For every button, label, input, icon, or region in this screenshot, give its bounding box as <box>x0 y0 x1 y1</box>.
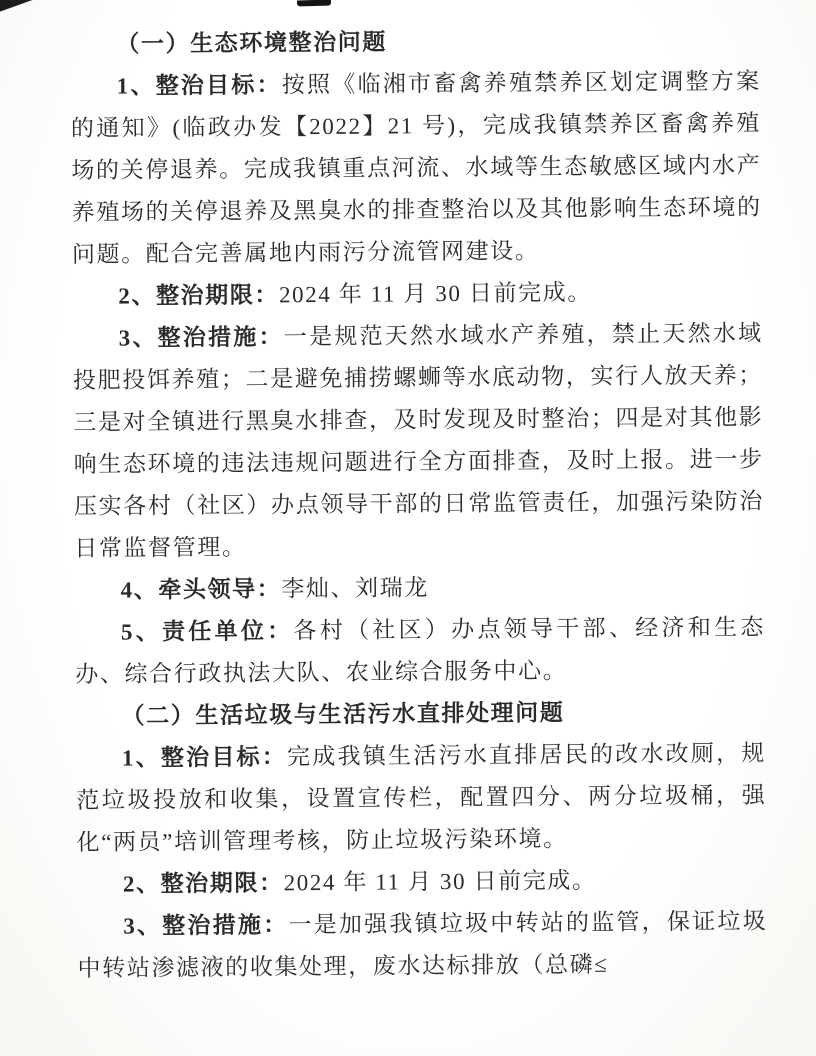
paragraph: 2、整治期限：2024 年 11 月 30 日前完成。 <box>77 859 767 906</box>
paragraph: 4、牵头领导：李灿、刘瑞龙 <box>74 565 764 612</box>
paragraph-label: 1、整治目标： <box>122 744 287 770</box>
paragraph-text: 李灿、刘瑞龙 <box>281 575 429 601</box>
paragraph: 1、整治目标：完成我镇生活污水直排居民的改水改厕，规范垃圾投放和收集，设置宣传栏… <box>76 733 767 864</box>
paragraph: 5、责任单位：各村（社区）办点领导干部、经济和生态办、综合行政执法大队、农业综合… <box>75 607 766 696</box>
paragraph-label: 5、责任单位： <box>121 618 294 644</box>
paragraph: 3、整治措施：一是规范天然水域水产养殖，禁止天然水域投肥投饵养殖；二是避免捕捞螺… <box>72 313 764 570</box>
paragraph-label: 4、牵头领导： <box>121 576 282 602</box>
paragraph: 3、整治措施：一是加强我镇垃圾中转站的监管，保证垃圾中转站渗滤液的收集处理，废水… <box>77 901 768 990</box>
paragraph: 1、整治目标：按照《临湘市畜禽养殖禁养区划定调整方案的通知》(临政办发【2022… <box>71 61 763 276</box>
document-content: （一）生态环境整治问题 1、整治目标：按照《临湘市畜禽养殖禁养区划定调整方案的通… <box>0 0 816 991</box>
section-heading: （二）生活垃圾与生活污水直排处理问题 <box>75 691 765 738</box>
paragraph-label: 2、整治期限： <box>118 282 279 308</box>
paragraph-text: 2024 年 11 月 30 日前完成。 <box>279 280 592 307</box>
document-section: （一）生态环境整治问题 1、整治目标：按照《临湘市畜禽养殖禁养区划定调整方案的通… <box>70 19 765 696</box>
paragraph-label: 3、整治措施： <box>119 324 284 350</box>
paragraph-text: 按照《临湘市畜禽养殖禁养区划定调整方案的通知》(临政办发【2022】21 号)，… <box>71 69 762 267</box>
document-page: （一）生态环境整治问题 1、整治目标：按照《临湘市畜禽养殖禁养区划定调整方案的通… <box>0 0 816 1056</box>
paragraph-label: 2、整治期限： <box>123 870 284 896</box>
paragraph-text: 2024 年 11 月 30 日前完成。 <box>284 868 597 895</box>
document-section: （二）生活垃圾与生活污水直排处理问题 1、整治目标：完成我镇生活污水直排居民的改… <box>75 691 767 990</box>
paragraph-label: 3、整治措施： <box>123 912 288 938</box>
paragraph-label: 1、整治目标： <box>117 72 282 98</box>
paragraph-text: 一是规范天然水域水产养殖，禁止天然水域投肥投饵养殖；二是避免捕捞螺蛳等水底动物，… <box>73 321 764 561</box>
paragraph: 2、整治期限：2024 年 11 月 30 日前完成。 <box>72 271 762 318</box>
section-heading: （一）生态环境整治问题 <box>70 19 760 66</box>
